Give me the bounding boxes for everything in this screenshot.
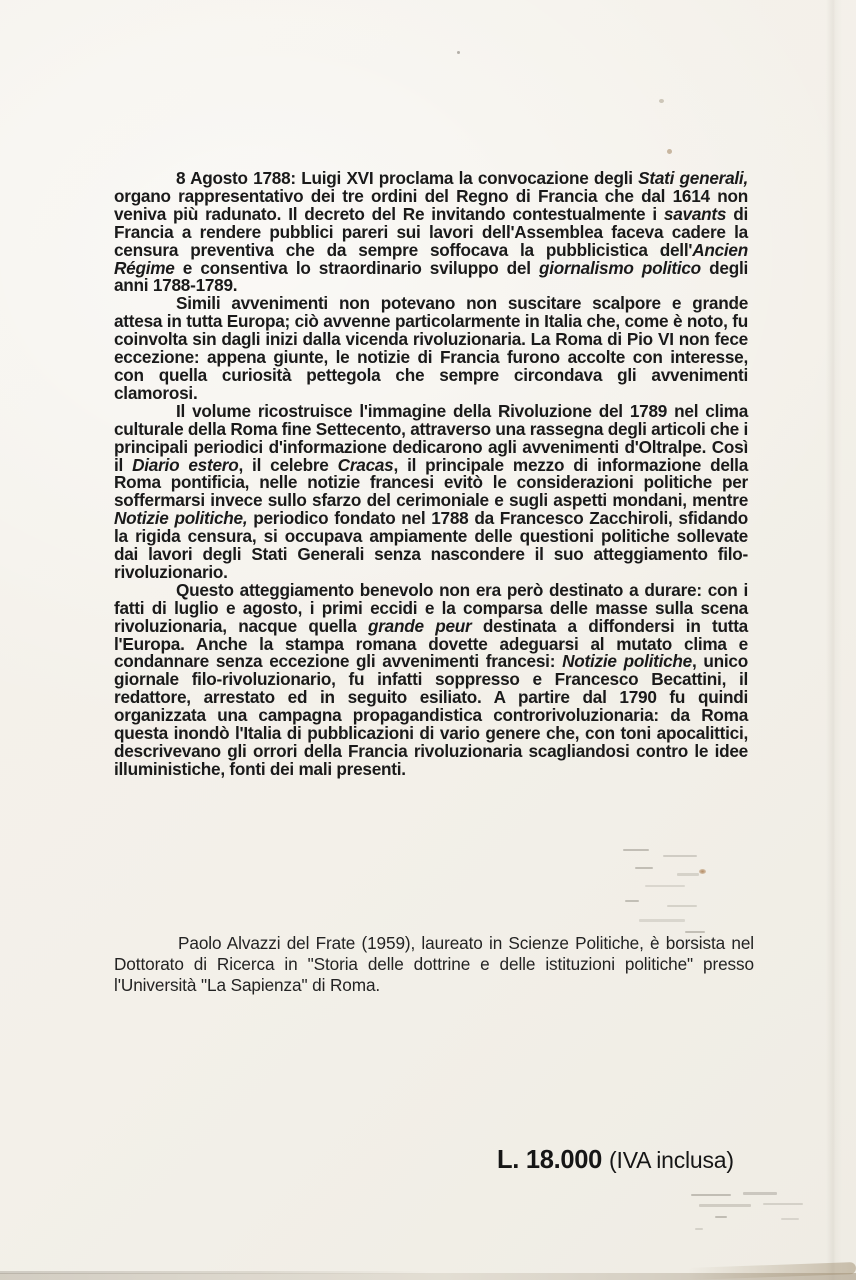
price-line: L. 18.000(IVA inclusa)	[497, 1146, 734, 1175]
blurb-text-block: 8 Agosto 1788: Luigi XVI proclama la con…	[114, 170, 748, 779]
paper-speck	[457, 51, 460, 54]
author-bio-paragraph: Paolo Alvazzi del Frate (1959), laureato…	[114, 933, 754, 995]
paper-speck	[667, 149, 672, 154]
paper-speck	[659, 99, 664, 103]
price-amount: L. 18.000	[497, 1146, 602, 1174]
paper-speck	[736, 304, 739, 307]
book-back-cover: 8 Agosto 1788: Luigi XVI proclama la con…	[0, 0, 856, 1280]
blurb-paragraph: 8 Agosto 1788: Luigi XVI proclama la con…	[114, 170, 748, 295]
paper-fold-shadow	[826, 0, 842, 1280]
blurb-paragraph: Il volume ricostruisce l'immagine della …	[114, 403, 748, 582]
toner-smudge	[685, 1188, 835, 1238]
blurb-paragraph: Questo atteggiamento benevolo non era pe…	[114, 582, 748, 779]
author-bio: Paolo Alvazzi del Frate (1959), laureato…	[114, 933, 754, 995]
toner-smudge	[615, 845, 735, 940]
price-tax-note: (IVA inclusa)	[609, 1147, 734, 1173]
scan-streak	[0, 1271, 430, 1274]
blurb-paragraph: Simili avvenimenti non potevano non susc…	[114, 295, 748, 402]
